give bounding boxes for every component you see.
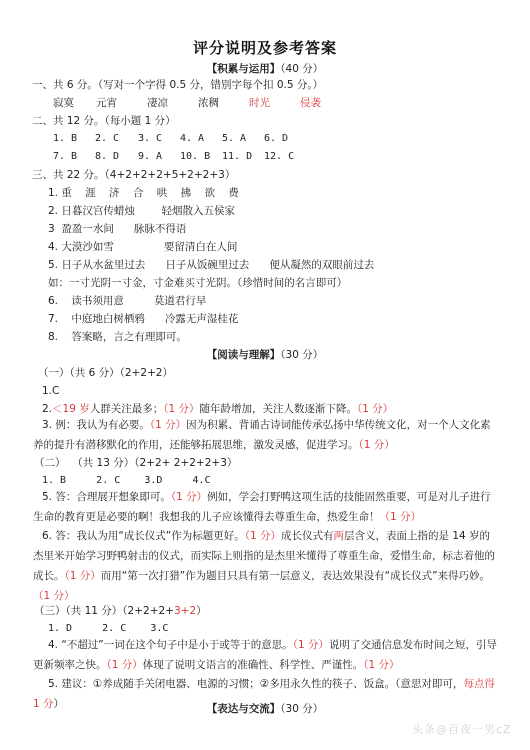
q3-item-2: 2. 日暮汉宫传蜡烛 轻烟散入五侯家: [48, 204, 235, 218]
section-heading-reading: 【阅读与理解】（30 分）: [0, 348, 530, 362]
mc-answer: 2. C: [95, 132, 138, 146]
answer-text: 3. 例：我认为有必要。: [42, 419, 150, 431]
group-3-heading: （三）（共 11 分）（2+2+2+3+2）: [34, 604, 207, 618]
answer-text: 而用“第一次打猎”作为题目只具有第一层意义，表达效果没有“成长仪式”来得巧妙。: [101, 570, 490, 582]
mc-answer: 4. A: [180, 132, 222, 146]
group-3-mc-answers: 1. D 2. C 3.C: [48, 622, 168, 636]
section-name: 【积累与运用】: [207, 63, 281, 75]
points-label: （1 分）: [65, 570, 101, 582]
points-label: （1 分）: [357, 403, 393, 415]
mc-answer: 3. C: [138, 132, 180, 146]
mc-answer: 12. C: [264, 150, 306, 164]
answer-text: 体现了说明文语言的准确性、科学性、严谨性。: [143, 659, 364, 671]
q3-item-5: 5. 日子从水盆里过去 日子从饭碗里过去 便从凝然的双眼前过去: [48, 258, 374, 272]
section-name: 【阅读与理解】: [207, 349, 281, 361]
word-red: 时光: [249, 97, 270, 109]
q3-item-8: 8. 答案略，言之有理即可。: [48, 330, 187, 344]
q3-heading: 三、共 22 分。（4+2+2+2+5+2+2+3）: [32, 168, 235, 182]
mc-answer: 6. D: [264, 132, 306, 146]
answer-key-page: 评分说明及参考答案 【积累与运用】（40 分） 一、共 6 分。（写对一个字得 …: [0, 0, 530, 750]
q3-item-1: 1. 重 涯 济 合 哄 拂 欲 费: [48, 186, 239, 200]
q2-answers-row-1: 1. B2. C3. C4. A5. A6. D: [53, 132, 306, 146]
answer-text: 6. 答：我认为用“成长仪式”作为标题更好。: [42, 530, 245, 542]
q3-item-7: 7. 中庭地白树栖鸦 冷露无声湿桂花: [48, 312, 238, 326]
word-red: 侵袭: [300, 97, 321, 109]
q2-answers-row-2: 7. B8. D9. A10. B11. D12. C: [53, 150, 306, 164]
group-1-answer-2: 2.＜19 岁人群关注最多；（1 分）随年龄增加，关注人数逐渐下降。（1 分）: [42, 402, 393, 416]
word: 浓稠: [198, 97, 219, 109]
q2-heading: 二、共 12 分。（每小题 1 分）: [32, 114, 176, 128]
answer-text: 5. 答：合理展开想象即可。: [42, 491, 171, 503]
word: 元宵: [96, 97, 117, 109]
heading-text: ）: [196, 605, 207, 617]
group-3-answer-4: 4. “不超过”一词在这个句子中是小于或等于的意思。（1 分）说明了交通信息发布…: [33, 635, 499, 675]
group-1-answer-1: 1.C: [42, 384, 59, 398]
group-2-answer-6: 6. 答：我认为用“成长仪式”作为标题更好。（1 分）成长仪式有两层含义，表面上…: [33, 526, 499, 606]
answer-highlight: 两: [334, 530, 345, 542]
points-label: （1 分）: [33, 590, 75, 602]
answer-text: 4. “不超过”一词在这个句子中是小于或等于的意思。: [48, 639, 293, 651]
points-label: （1 分）: [245, 530, 281, 542]
answer-text: 人群关注最多；: [90, 403, 164, 415]
section-score: （40 分）: [280, 63, 323, 75]
points-label: （1 分）: [163, 403, 199, 415]
q3-item-4: 4. 大漠沙如雪 要留清白在人间: [48, 240, 237, 254]
answer-text: 5. 建议：①养成随手关闭电器、电源的习惯；②多用永久性的筷子、饭盒。（意思对即…: [48, 678, 463, 690]
mc-answer: 7. B: [53, 150, 95, 164]
section-score: （30 分）: [280, 349, 323, 361]
section-heading-accumulation: 【积累与运用】（40 分）: [0, 62, 530, 76]
watermark: 头条@百夜一男cZ: [412, 721, 512, 737]
points-label: （1 分）: [171, 491, 207, 503]
section-heading-expression: 【表达与交流】（30 分）: [0, 702, 530, 716]
word: 寂寞: [53, 97, 74, 109]
page-title: 评分说明及参考答案: [0, 37, 530, 58]
heading-highlight: 3+2: [174, 605, 196, 617]
points-label: （1 分）: [150, 419, 186, 431]
group-2-mc-answers: 1. B 2. C 3.D 4.C: [42, 474, 211, 488]
mc-answer: 11. D: [222, 150, 264, 164]
mc-answer: 5. A: [222, 132, 264, 146]
answer-highlight: ＜19 岁: [52, 403, 90, 415]
mc-answer: 9. A: [138, 150, 180, 164]
group-2-answer-5: 5. 答：合理展开想象即可。（1 分）例如，学会打野鸭这项生活的技能固然重要，可…: [33, 487, 499, 527]
heading-text: （三）（共 11 分）（2+2+2+: [34, 605, 174, 617]
answer-text: 随年龄增加，关注人数逐渐下降。: [200, 403, 358, 415]
mc-answer: 1. B: [53, 132, 95, 146]
q1-heading: 一、共 6 分。（写对一个字得 0.5 分，错别字每个扣 0.5 分。）: [32, 78, 323, 92]
mc-answer: 8. D: [95, 150, 138, 164]
q1-answer-words: 寂寞元宵凄凉浓稠时光侵袭: [53, 96, 321, 110]
points-label: （1 分）: [380, 511, 422, 523]
group-1-answer-3: 3. 例：我认为有必要。（1 分）因为积累、背诵古诗词能传承弘扬中华传统文化，对…: [33, 415, 499, 455]
section-name: 【表达与交流】: [207, 703, 281, 715]
q3-item-3: 3 盈盈一水间 脉脉不得语: [48, 222, 186, 236]
word: 凄凉: [147, 97, 168, 109]
answer-text: 成长仪式有: [281, 530, 334, 542]
section-score: （30 分）: [280, 703, 323, 715]
points-label: （1 分）: [293, 639, 329, 651]
group-2-heading: （二） （共 13 分）（2+2+ 2+2+2+3）: [34, 456, 237, 470]
points-label: （1 分）: [363, 659, 399, 671]
answer-number: 2.: [42, 403, 52, 415]
group-1-heading: （一）（共 6 分）（2+2+2）: [38, 366, 173, 380]
q3-item-5-example: 如：一寸光阴一寸金，寸金难买寸光阴。（珍惜时间的名言即可）: [48, 276, 347, 290]
points-label: （1 分）: [107, 659, 143, 671]
points-label: （1 分）: [359, 439, 395, 451]
q3-item-6: 6. 读书须用意 莫道君行早: [48, 294, 206, 308]
mc-answer: 10. B: [180, 150, 222, 164]
